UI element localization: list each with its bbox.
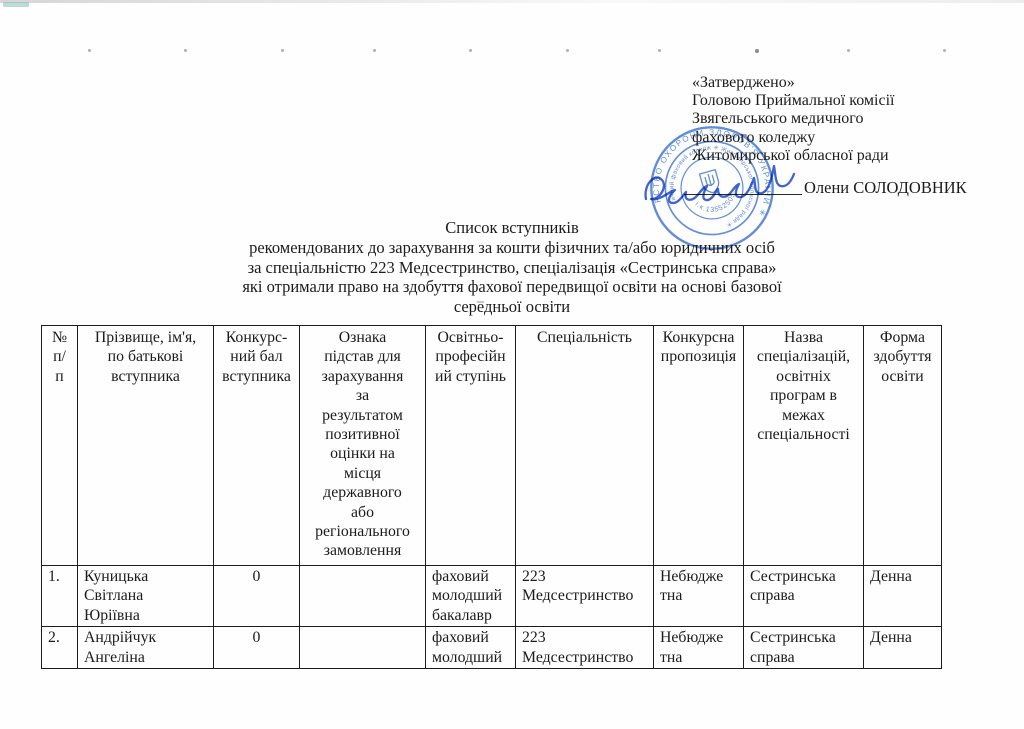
- col-applicant-name: Прізвище, ім'я, по батькові вступника: [78, 326, 214, 566]
- cell-proposal: Небюдже тна: [654, 627, 744, 669]
- col-enrollment-basis: Ознака підстав для зарахування за резуль…: [300, 326, 426, 566]
- cell-education-form: Денна: [864, 566, 942, 627]
- applicants-table: № п/ п Прізвище, ім'я, по батькові вступ…: [41, 325, 942, 669]
- col-program: Назва спеціалізацій, освітніх програм в …: [744, 326, 864, 566]
- cell-program: Сестринська справа: [744, 627, 864, 669]
- scan-artifact-dot: [281, 49, 284, 52]
- col-proposal: Конкурсна пропозиція: [654, 326, 744, 566]
- title-line: рекомендованих до зарахування за кошти ф…: [0, 238, 1024, 258]
- cell-degree: фаховий молодший: [426, 627, 516, 669]
- document-title: Список вступників рекомендованих до зара…: [0, 218, 1024, 317]
- signature-scribble: [636, 157, 814, 215]
- applicants-table-wrap: № п/ п Прізвище, ім'я, по батькові вступ…: [41, 325, 941, 669]
- scan-artifact-dot: [943, 49, 946, 52]
- scan-corner-mark: [3, 2, 29, 7]
- cell-enrollment-basis: [300, 627, 426, 669]
- approval-line: «Затверджено»: [692, 74, 894, 92]
- header-row: № п/ п Прізвище, ім'я, по батькові вступ…: [42, 326, 942, 566]
- scan-artifact-dot: [184, 49, 187, 52]
- scan-edge-shadow: [0, 0, 1024, 3]
- table-row: 1. Куницька Світлана Юріївна 0 фаховий м…: [42, 566, 942, 627]
- cell-enrollment-basis: [300, 566, 426, 627]
- title-line: за спеціальністю 223 Медсестринство, спе…: [0, 258, 1024, 278]
- scan-artifact-dot: [373, 49, 376, 52]
- col-number: № п/ п: [42, 326, 78, 566]
- scan-artifact-dot: [566, 49, 569, 52]
- title-line: Список вступників: [0, 218, 1024, 238]
- scan-artifact-dot: [847, 49, 850, 52]
- cell-number: 2.: [42, 627, 78, 669]
- cell-applicant-name: Андрійчук Ангеліна: [78, 627, 214, 669]
- scanned-document-page: { "approved": { "lines": [ "«Затверджено…: [0, 0, 1024, 729]
- scan-artifact-dot: [88, 49, 91, 52]
- scan-artifact-dot: [469, 49, 472, 52]
- scan-artifact-dot: [658, 49, 661, 52]
- col-specialty: Спеціальність: [516, 326, 654, 566]
- cell-proposal: Небюдже тна: [654, 566, 744, 627]
- cell-score: 0: [214, 566, 300, 627]
- signatory-name: Олени СОЛОДОВНИК: [804, 178, 967, 198]
- cell-program: Сестринська справа: [744, 566, 864, 627]
- title-line: середньої освіти: [0, 297, 1024, 317]
- cell-number: 1.: [42, 566, 78, 627]
- col-education-form: Форма здобуття освіти: [864, 326, 942, 566]
- table-row: 2. Андрійчук Ангеліна 0 фаховий молодший…: [42, 627, 942, 669]
- col-degree: Освітньо- професійн ий ступінь: [426, 326, 516, 566]
- cell-applicant-name: Куницька Світлана Юріївна: [78, 566, 214, 627]
- title-line: які отримали право на здобуття фахової п…: [0, 277, 1024, 297]
- col-score: Конкурс- ний бал вступника: [214, 326, 300, 566]
- scan-artifact-dot: [755, 49, 759, 53]
- cell-score: 0: [214, 627, 300, 669]
- approval-line: Головою Приймальної комісії: [692, 92, 894, 110]
- cell-specialty: 223 Медсестринство: [516, 566, 654, 627]
- cell-degree: фаховий молодший бакалавр: [426, 566, 516, 627]
- cell-specialty: 223 Медсестринство: [516, 627, 654, 669]
- cell-education-form: Денна: [864, 627, 942, 669]
